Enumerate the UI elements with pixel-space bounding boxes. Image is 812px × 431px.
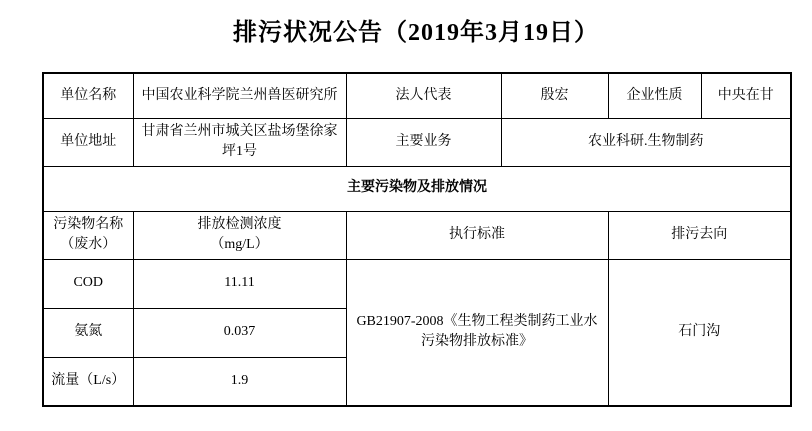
pollutant-name-header-line1: 污染物名称 bbox=[49, 215, 128, 235]
business-label: 主要业务 bbox=[346, 118, 501, 166]
table-row-unit-info: 单位名称 中国农业科学院兰州兽医研究所 法人代表 殷宏 企业性质 中央在甘 bbox=[43, 73, 791, 118]
page-title: 排污状况公告（2019年3月19日） bbox=[42, 12, 790, 47]
destination-header: 排污去向 bbox=[608, 211, 791, 259]
business-value: 农业科研.生物制药 bbox=[501, 118, 791, 166]
unit-name-label: 单位名称 bbox=[43, 73, 133, 118]
legal-rep-value: 殷宏 bbox=[501, 73, 608, 118]
enterprise-type-value: 中央在甘 bbox=[701, 73, 791, 118]
pollutant-name-cod: COD bbox=[43, 259, 133, 308]
pollutant-name-header: 污染物名称 （废水） bbox=[43, 211, 133, 259]
notice-table: 单位名称 中国农业科学院兰州兽医研究所 法人代表 殷宏 企业性质 中央在甘 单位… bbox=[42, 72, 792, 407]
table-row-cod: COD 11.11 GB21907-2008《生物工程类制药工业水污染物排放标准… bbox=[43, 259, 791, 308]
pollutant-value-ammonia: 0.037 bbox=[133, 308, 346, 357]
pollutant-name-flow: 流量（L/s） bbox=[43, 357, 133, 406]
standard-header: 执行标准 bbox=[346, 211, 608, 259]
enterprise-type-label: 企业性质 bbox=[608, 73, 701, 118]
unit-name-value: 中国农业科学院兰州兽医研究所 bbox=[133, 73, 346, 118]
address-value: 甘肃省兰州市城关区盐场堡徐家坪1号 bbox=[133, 118, 346, 166]
destination-value: 石门沟 bbox=[608, 259, 791, 406]
pollutant-value-cod: 11.11 bbox=[133, 259, 346, 308]
address-label: 单位地址 bbox=[43, 118, 133, 166]
section-title: 主要污染物及排放情况 bbox=[43, 166, 791, 211]
pollutant-name-header-line2: （废水） bbox=[49, 235, 128, 255]
legal-rep-label: 法人代表 bbox=[346, 73, 501, 118]
table-row-section-header: 主要污染物及排放情况 bbox=[43, 166, 791, 211]
table-row-address: 单位地址 甘肃省兰州市城关区盐场堡徐家坪1号 主要业务 农业科研.生物制药 bbox=[43, 118, 791, 166]
pollutant-name-ammonia: 氨氮 bbox=[43, 308, 133, 357]
concentration-header-line1: 排放检测浓度 bbox=[139, 215, 341, 235]
table-row-column-headers: 污染物名称 （废水） 排放检测浓度 （mg/L） 执行标准 排污去向 bbox=[43, 211, 791, 259]
concentration-header: 排放检测浓度 （mg/L） bbox=[133, 211, 346, 259]
concentration-header-line2: （mg/L） bbox=[139, 235, 341, 255]
standard-value: GB21907-2008《生物工程类制药工业水污染物排放标准》 bbox=[346, 259, 608, 406]
pollutant-value-flow: 1.9 bbox=[133, 357, 346, 406]
notice-page: 排污状况公告（2019年3月19日） 单位名称 中国农业科学院兰州兽医研究所 法… bbox=[0, 0, 812, 431]
